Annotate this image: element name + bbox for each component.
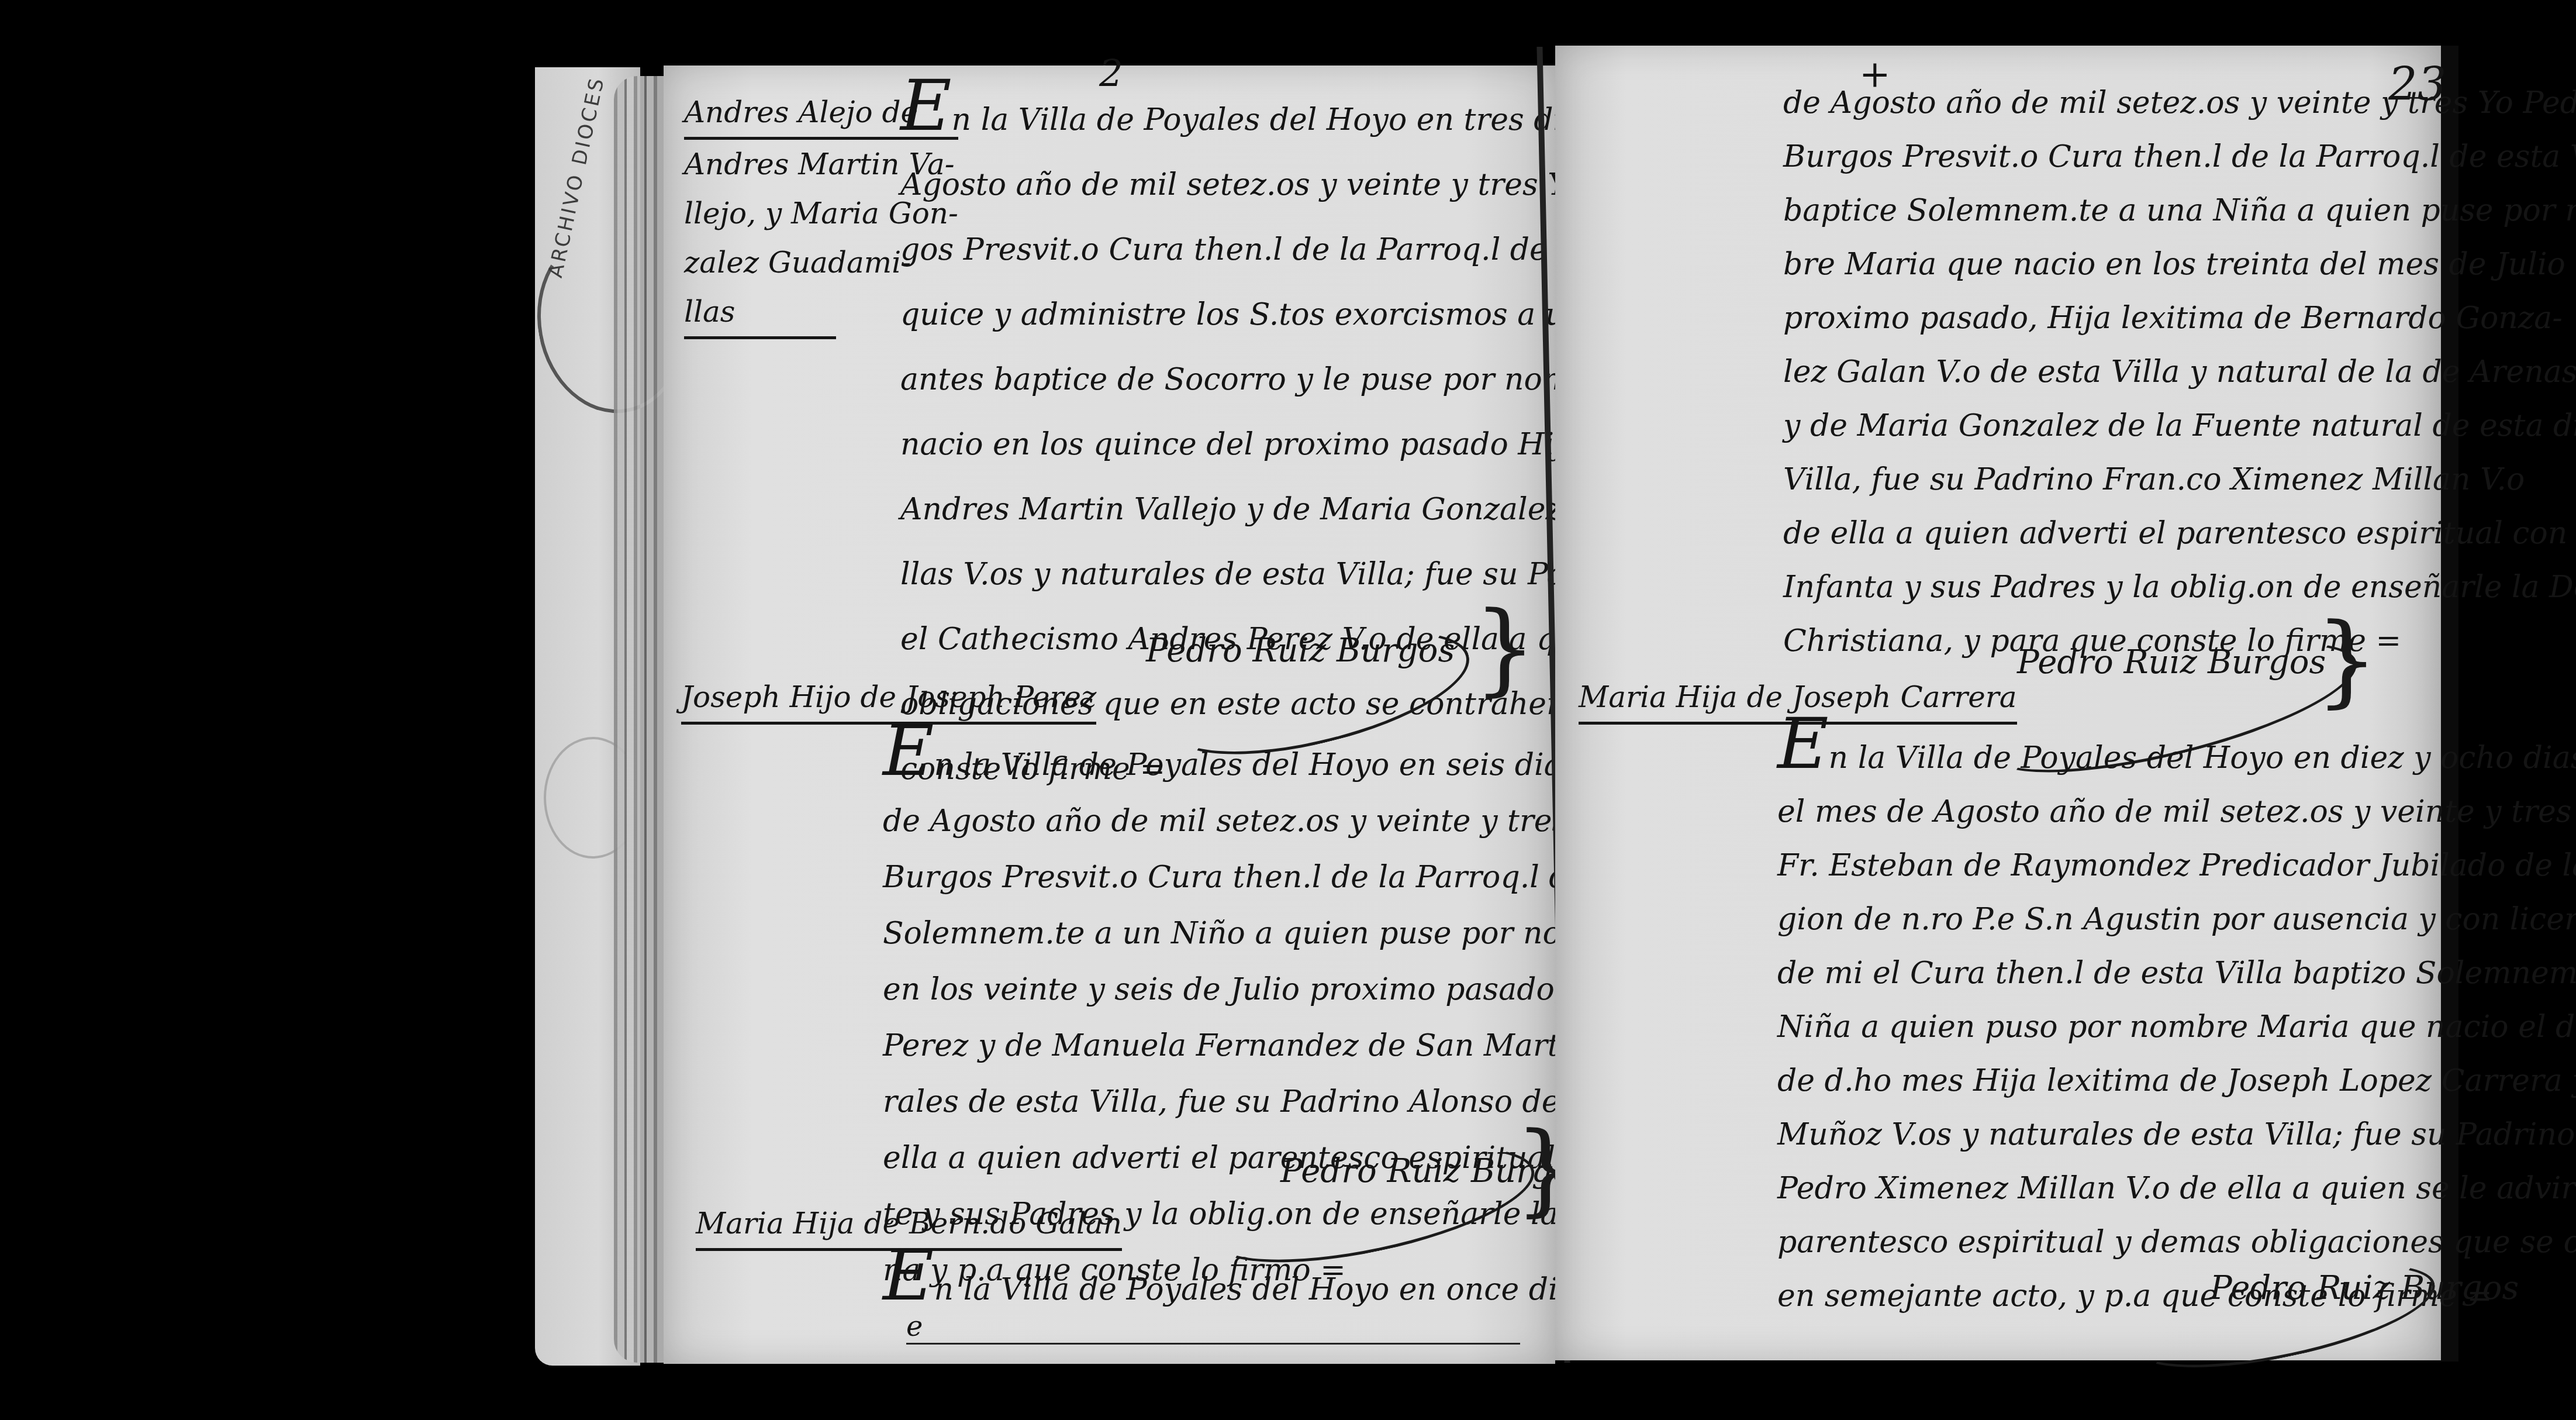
entry-line: parentesco espiritual y demas obligacion… [1777,1215,2432,1269]
entry-line: Villa, fue su Padrino Fran.co Ximenez Mi… [1783,453,2432,506]
entry-line: Burgos Presvit.o Cura then.l de la Parro… [883,849,1543,905]
entry-line: En la Villa de Poyales del Hoyo en tres … [900,88,1543,153]
entry-line: bre Maria que nacio en los treinta del m… [1783,237,2432,291]
entry-line: llas V.os y naturales de esta Villa; fue… [900,542,1543,607]
entry-line: de d.ho mes Hija lexitima de Joseph Lope… [1777,1054,2432,1108]
baptism-entry-maria-carrera: En la Villa de Poyales del Hoyo en diez … [1777,731,2432,1323]
entry-line: y de Maria Gonzalez de la Fuente natural… [1783,399,2432,453]
entry-line: gos Presvit.o Cura then.l de la Parroq.l… [900,218,1543,282]
entry-line: Niña a quien puso por nombre Maria que n… [1777,1000,2432,1054]
entry-line: el mes de Agosto año de mil setez.os y v… [1777,785,2432,839]
entry-line: Andres Martin Vallejo y de Maria Gonzale… [900,477,1543,542]
entry-line: de ella a quien adverti el parentesco es… [1783,506,2432,560]
baptism-entry-maria-gonzalez-continuation: de Agosto año de mil setez.os y veinte y… [1783,76,2432,668]
entry-line: Perez y de Manuela Fernandez de San Mart… [883,1018,1543,1074]
brace-mark: } [1473,591,1536,706]
entry-line: quice y administre los S.tos exorcismos … [900,282,1543,347]
entry-line: lez Galan V.o de esta Villa y natural de… [1783,345,2432,399]
entry-line: Agosto año de mil setez.os y veinte y tr… [900,153,1543,218]
catchword: e [906,1310,1520,1345]
entry-line: de Agosto año de mil setez.os y veinte y… [1783,76,2432,130]
entry-line: baptice Solemnem.te a una Niña a quien p… [1783,184,2432,237]
entry-line: En la Villa de Poyales del Hoyo en seis … [883,737,1543,793]
entry-line: Muñoz V.os y naturales de esta Villa; fu… [1777,1108,2432,1161]
book-binding-edges [614,76,669,1363]
entry-line: Pedro Ximenez Millan V.o de ella a quien… [1777,1161,2432,1215]
entry-line: de mi el Cura then.l de esta Villa bapti… [1777,946,2432,1000]
entry-line: rales de esta Villa, fue su Padrino Alon… [883,1074,1543,1130]
entry-line: En la Villa de Poyales del Hoyo en diez … [1777,731,2432,785]
entry-line: proximo pasado, Hija lexitima de Bernard… [1783,291,2432,345]
entry-line: Burgos Presvit.o Cura then.l de la Parro… [1783,130,2432,184]
brace-mark: } [2315,602,2378,718]
margin-note-line: llas [684,287,836,339]
entry-line: Fr. Esteban de Raymondez Predicador Jubi… [1777,839,2432,892]
right-page-edge-shadow [2441,46,2458,1362]
manuscript-scan: ARCHIVO DIOCES 2 Andres Alejo de Andres … [0,0,2576,1420]
entry-line: gion de n.ro P.e S.n Agustin por ausenci… [1777,892,2432,946]
entry-line: nacio en los quince del proximo pasado H… [900,412,1543,477]
entry-line: antes baptice de Socorro y le puse por n… [900,347,1543,412]
entry-line: de Agosto año de mil setez.os y veinte y… [883,793,1543,849]
entry-line: en los veinte y seis de Julio proximo pa… [883,961,1543,1018]
entry-line: Solemnem.te a un Niño a quien puse por n… [883,905,1543,961]
